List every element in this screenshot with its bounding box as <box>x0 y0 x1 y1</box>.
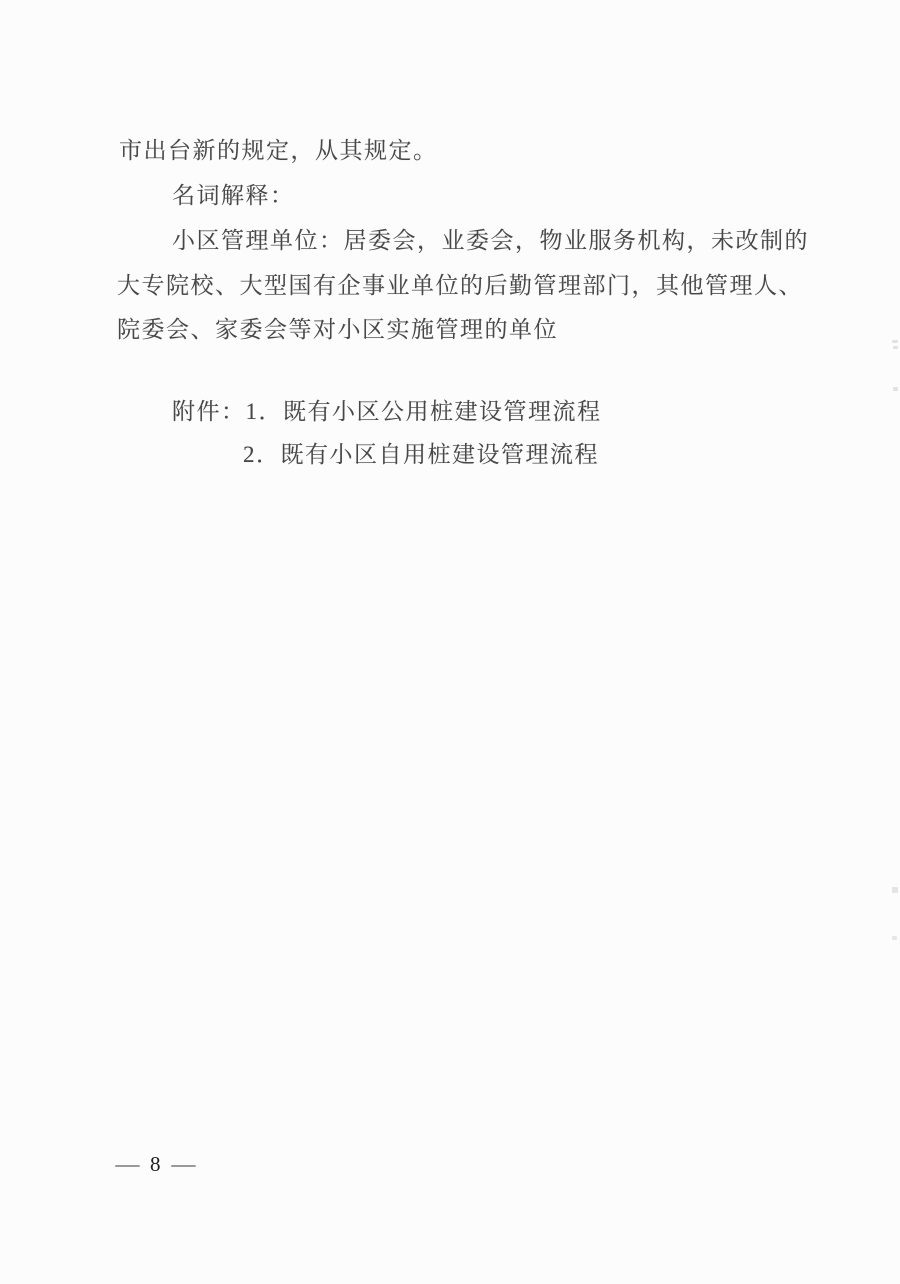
scan-speck <box>892 887 898 893</box>
attachment-line-1: 附件：1．既有小区公用桩建设管理流程 <box>172 398 602 426</box>
glossary-heading: 名词解释： <box>172 182 295 210</box>
scan-speck <box>892 936 897 940</box>
body-line-closing: 市出台新的规定，从其规定。 <box>119 137 438 165</box>
page-number-right-dash: — <box>171 1152 195 1176</box>
page-number-footer: — 8 — <box>117 1152 194 1176</box>
attachment-line-2: 2．既有小区自用桩建设管理流程 <box>243 441 599 469</box>
glossary-line-3: 院委会、家委会等对小区实施管理的单位 <box>117 316 558 344</box>
scan-speck <box>892 340 898 343</box>
glossary-line-1: 小区管理单位：居委会，业委会，物业服务机构，未改制的 <box>172 227 809 255</box>
scan-speck <box>893 346 898 349</box>
page-number: 8 <box>148 1152 163 1176</box>
document-page: 市出台新的规定，从其规定。 名词解释： 小区管理单位：居委会，业委会，物业服务机… <box>0 0 900 1284</box>
scan-speck <box>893 387 898 391</box>
page-number-left-dash: — <box>115 1152 139 1176</box>
glossary-line-2: 大专院校、大型国有企事业单位的后勤管理部门，其他管理人、 <box>117 272 803 300</box>
